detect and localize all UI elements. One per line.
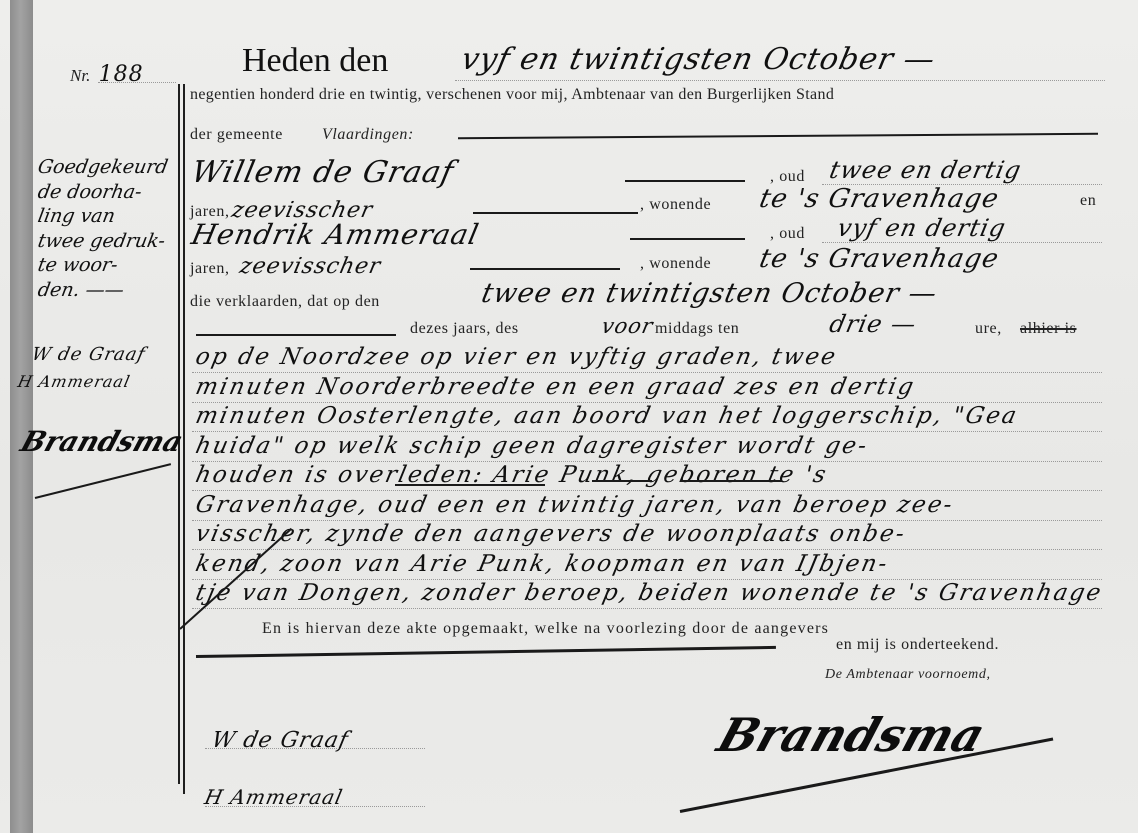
ruled-line: [192, 549, 1102, 550]
signature-line-1: [205, 748, 425, 749]
date-line: [455, 80, 1105, 81]
label-dezes-jaars: dezes jaars, des: [410, 320, 519, 338]
page-binding-shadow: [10, 0, 33, 833]
margin-signature-official: Brandsma: [17, 425, 188, 458]
official-label: De Ambtenaar voornoemd,: [825, 667, 991, 683]
event-hour: drie —: [827, 310, 919, 338]
deceased-first-name-underline: [592, 480, 652, 482]
handwritten-body-line: kend, zoon van Arie Punk, koopman en van…: [193, 551, 891, 577]
dash: [196, 334, 396, 336]
handwritten-body-line: minuten Oosterlengte, aan boord van het …: [193, 403, 1021, 429]
handwritten-body-line: Gravenhage, oud een en twintig jaren, va…: [193, 492, 956, 518]
informant-2-name: Hendrik Ammeraal: [188, 218, 482, 251]
margin-note-line: te woor-: [36, 253, 180, 278]
dash: [470, 268, 620, 270]
margin-note: Goedgekeurdde doorha-ling vantwee gedruk…: [38, 155, 178, 302]
margin-signature-1: W de Graaf: [30, 344, 148, 365]
municipality-rule: [458, 133, 1098, 139]
struck-alhier-is: alhier is: [1020, 320, 1077, 338]
closing-line-1: En is hiervan deze akte opgemaakt, welke…: [262, 620, 829, 638]
label-die-verklaarden: die verklaarden, dat op den: [190, 293, 380, 311]
printed-line-year: negentien honderd drie en twintig, versc…: [190, 86, 834, 104]
date-handwritten: vyf en twintigsten October —: [458, 42, 939, 77]
dash: [473, 212, 638, 214]
record-number: Nr. 188: [70, 62, 140, 87]
dash: [625, 180, 745, 182]
informant-1-age: twee en dertig: [827, 156, 1024, 184]
printed-municipality-prefix: der gemeente: [190, 126, 283, 144]
handwritten-body-line: tje van Dongen, zonder beroep, beiden wo…: [193, 580, 1105, 606]
label-ure: ure,: [975, 320, 1002, 338]
label-wonende-2: , wonende: [640, 255, 711, 273]
handwritten-body-line: huida" op welk schip geen dagregister wo…: [193, 433, 871, 459]
margin-note-line: twee gedruk-: [36, 229, 180, 254]
signature-line-2: [205, 806, 425, 807]
deceased-surname-underline: [680, 480, 782, 482]
closing-line-2: en mij is onderteekend.: [836, 636, 999, 654]
margin-signature-2: H Ammeraal: [16, 372, 132, 391]
heading: Heden den: [242, 42, 388, 80]
ruled-line: [192, 372, 1102, 373]
informant-2-occupation: zeevisscher: [237, 254, 383, 279]
informant-2-residence: te 's Gravenhage: [757, 244, 1002, 274]
margin-note-line: den. ——: [36, 278, 180, 303]
scanned-record-page: Nr. 188 Heden den vyf en twintigsten Oct…: [0, 0, 1138, 833]
closing-rule: [196, 646, 776, 658]
label-oud-2: , oud: [770, 225, 805, 243]
handwritten-body-line: visscher, zynde den aangevers de woonpla…: [193, 521, 908, 547]
label-jaren-2: jaren,: [190, 260, 230, 278]
label-middags-ten: middags ten: [655, 320, 739, 338]
margin-note-line: ling van: [36, 204, 180, 229]
ruled-line: [192, 608, 1102, 609]
handwritten-body-line: minuten Noorderbreedte en een graad zes …: [193, 374, 918, 400]
margin-note-line: de doorha-: [36, 180, 180, 205]
ruled-line: [192, 490, 1102, 491]
signature-informant-1: W de Graaf: [209, 728, 350, 753]
dash: [630, 238, 745, 240]
municipality: Vlaardingen:: [322, 126, 414, 144]
overleden-underline: [395, 484, 545, 486]
signature-official: Brandsma: [711, 708, 991, 762]
label-wonende-1: , wonende: [640, 196, 711, 214]
informant-1-residence: te 's Gravenhage: [757, 184, 1002, 214]
margin-flourish: [35, 463, 171, 499]
margin-rule-right: [183, 84, 185, 794]
record-number-line: [98, 82, 176, 83]
label-en: en: [1080, 192, 1096, 210]
line: [822, 242, 1102, 243]
margin-note-line: Goedgekeurd: [36, 155, 180, 180]
record-number-value: 188: [99, 62, 144, 87]
event-part-of-day: voor: [599, 314, 655, 338]
ruled-line: [192, 431, 1102, 432]
handwritten-body-line: op de Noordzee op vier en vyftig graden,…: [193, 344, 840, 370]
informant-1-name: Willem de Graaf: [188, 155, 457, 190]
event-date: twee en twintigsten October —: [479, 278, 941, 309]
informant-2-age: vyf en dertig: [835, 214, 1009, 242]
